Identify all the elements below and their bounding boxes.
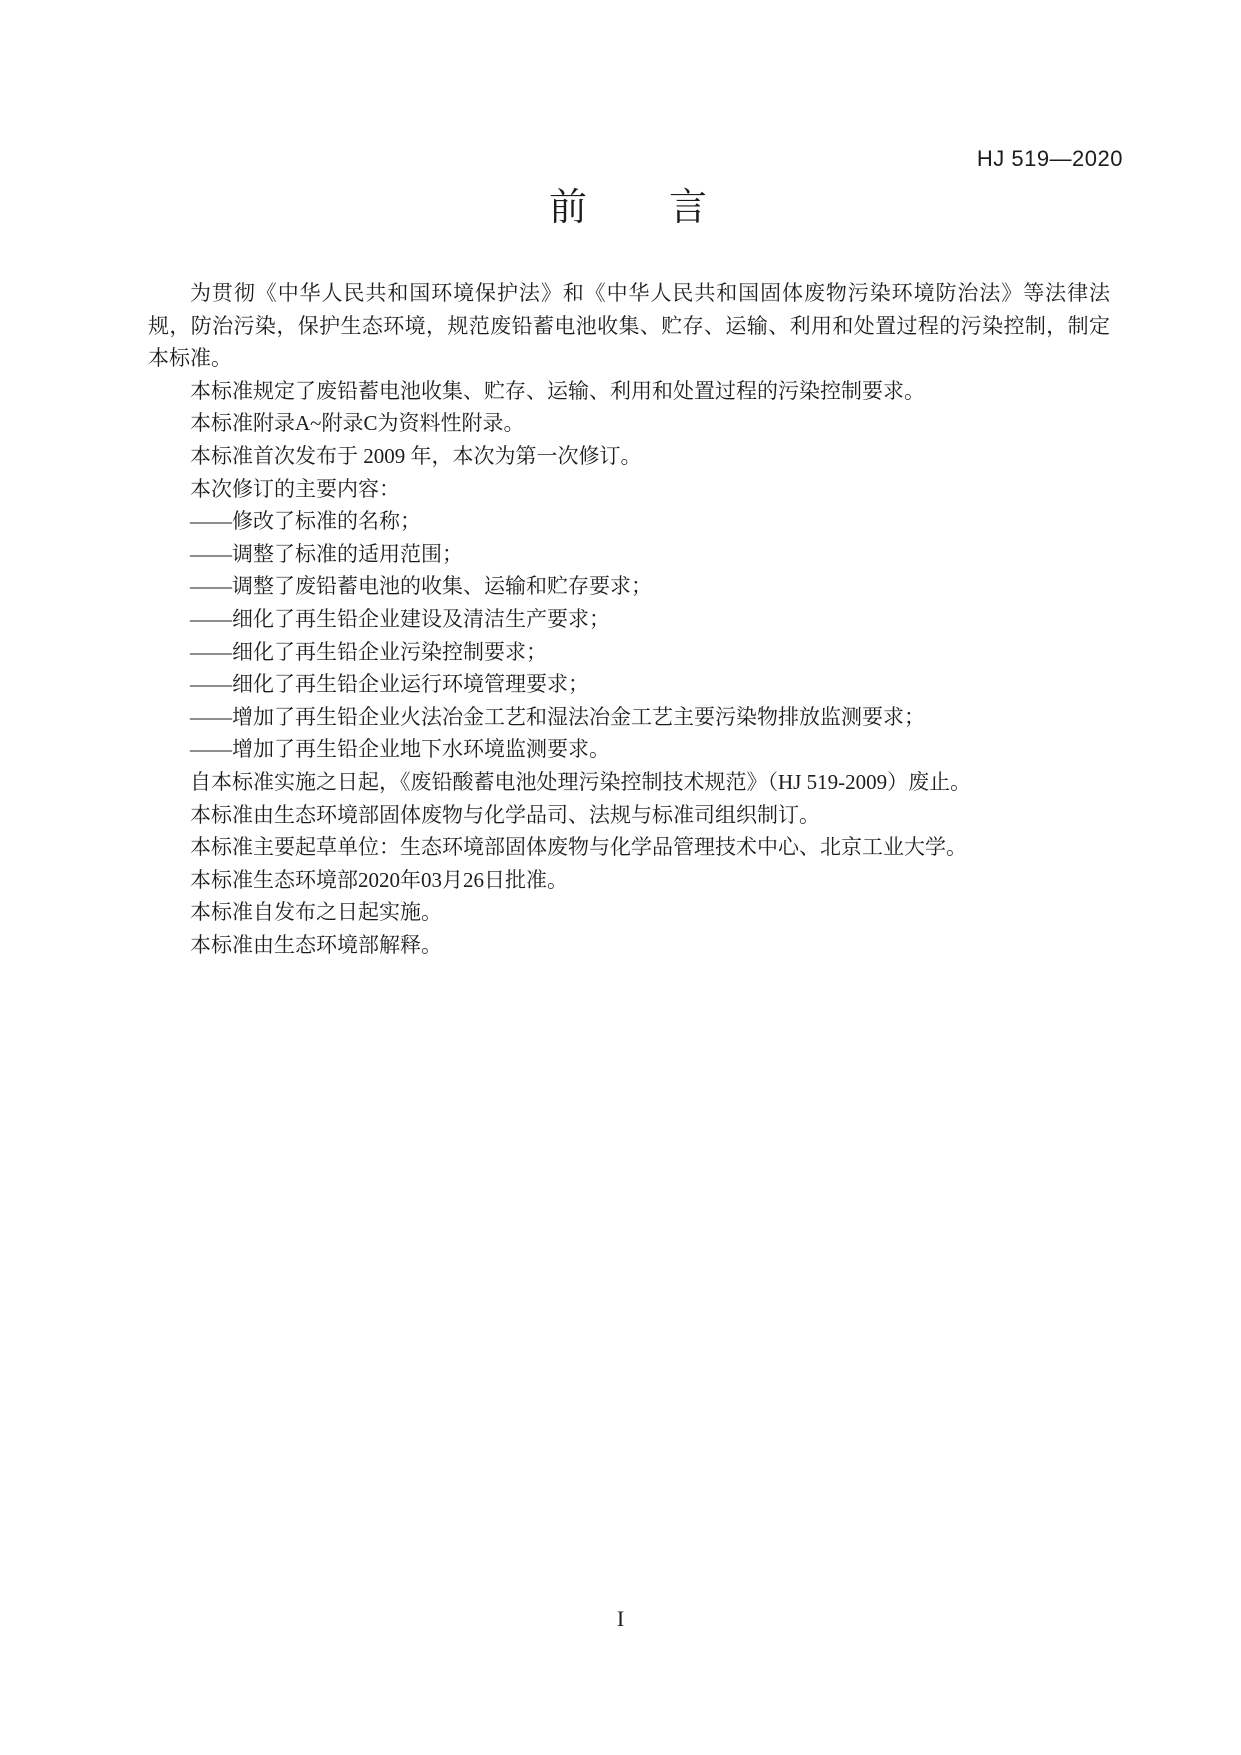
foreword-paragraph: 为贯彻《中华人民共和国环境保护法》和《中华人民共和国固体废物污染环境防治法》等法… — [148, 277, 1110, 375]
foreword-body: 为贯彻《中华人民共和国环境保护法》和《中华人民共和国固体废物污染环境防治法》等法… — [148, 277, 1110, 961]
foreword-revision-item: ——细化了再生铅企业建设及清洁生产要求； — [148, 603, 1110, 636]
document-title: 前 言 — [148, 186, 1110, 232]
foreword-paragraph: 本标准由生态环境部固体废物与化学品司、法规与标准司组织制订。 — [148, 799, 1110, 832]
foreword-paragraph: 本次修订的主要内容： — [148, 473, 1110, 506]
foreword-paragraph: 本标准规定了废铅蓄电池收集、贮存、运输、利用和处置过程的污染控制要求。 — [148, 375, 1110, 408]
standard-code: HJ 519—2020 — [977, 146, 1123, 172]
foreword-revision-item: ——细化了再生铅企业污染控制要求； — [148, 636, 1110, 669]
foreword-revision-item: ——修改了标准的名称； — [148, 505, 1110, 538]
foreword-revision-item: ——细化了再生铅企业运行环境管理要求； — [148, 668, 1110, 701]
foreword-revision-item: ——增加了再生铅企业火法冶金工艺和湿法冶金工艺主要污染物排放监测要求； — [148, 701, 1110, 734]
page-number: I — [0, 1606, 1241, 1632]
foreword-paragraph: 本标准生态环境部2020年03月26日批准。 — [148, 864, 1110, 897]
foreword-paragraph: 本标准由生态环境部解释。 — [148, 929, 1110, 962]
foreword-paragraph: 本标准首次发布于 2009 年，本次为第一次修订。 — [148, 440, 1110, 473]
foreword-paragraph: 本标准附录A~附录C为资料性附录。 — [148, 407, 1110, 440]
foreword-paragraph: 自本标准实施之日起，《废铅酸蓄电池处理污染控制技术规范》（HJ 519-2009… — [148, 766, 1110, 799]
foreword-revision-item: ——调整了标准的适用范围； — [148, 538, 1110, 571]
document-page: HJ 519—2020 前 言 为贯彻《中华人民共和国环境保护法》和《中华人民共… — [0, 0, 1241, 1755]
foreword-revision-item: ——调整了废铅蓄电池的收集、运输和贮存要求； — [148, 570, 1110, 603]
foreword-revision-item: ——增加了再生铅企业地下水环境监测要求。 — [148, 733, 1110, 766]
foreword-paragraph: 本标准自发布之日起实施。 — [148, 896, 1110, 929]
foreword-paragraph: 本标准主要起草单位：生态环境部固体废物与化学品管理技术中心、北京工业大学。 — [148, 831, 1110, 864]
